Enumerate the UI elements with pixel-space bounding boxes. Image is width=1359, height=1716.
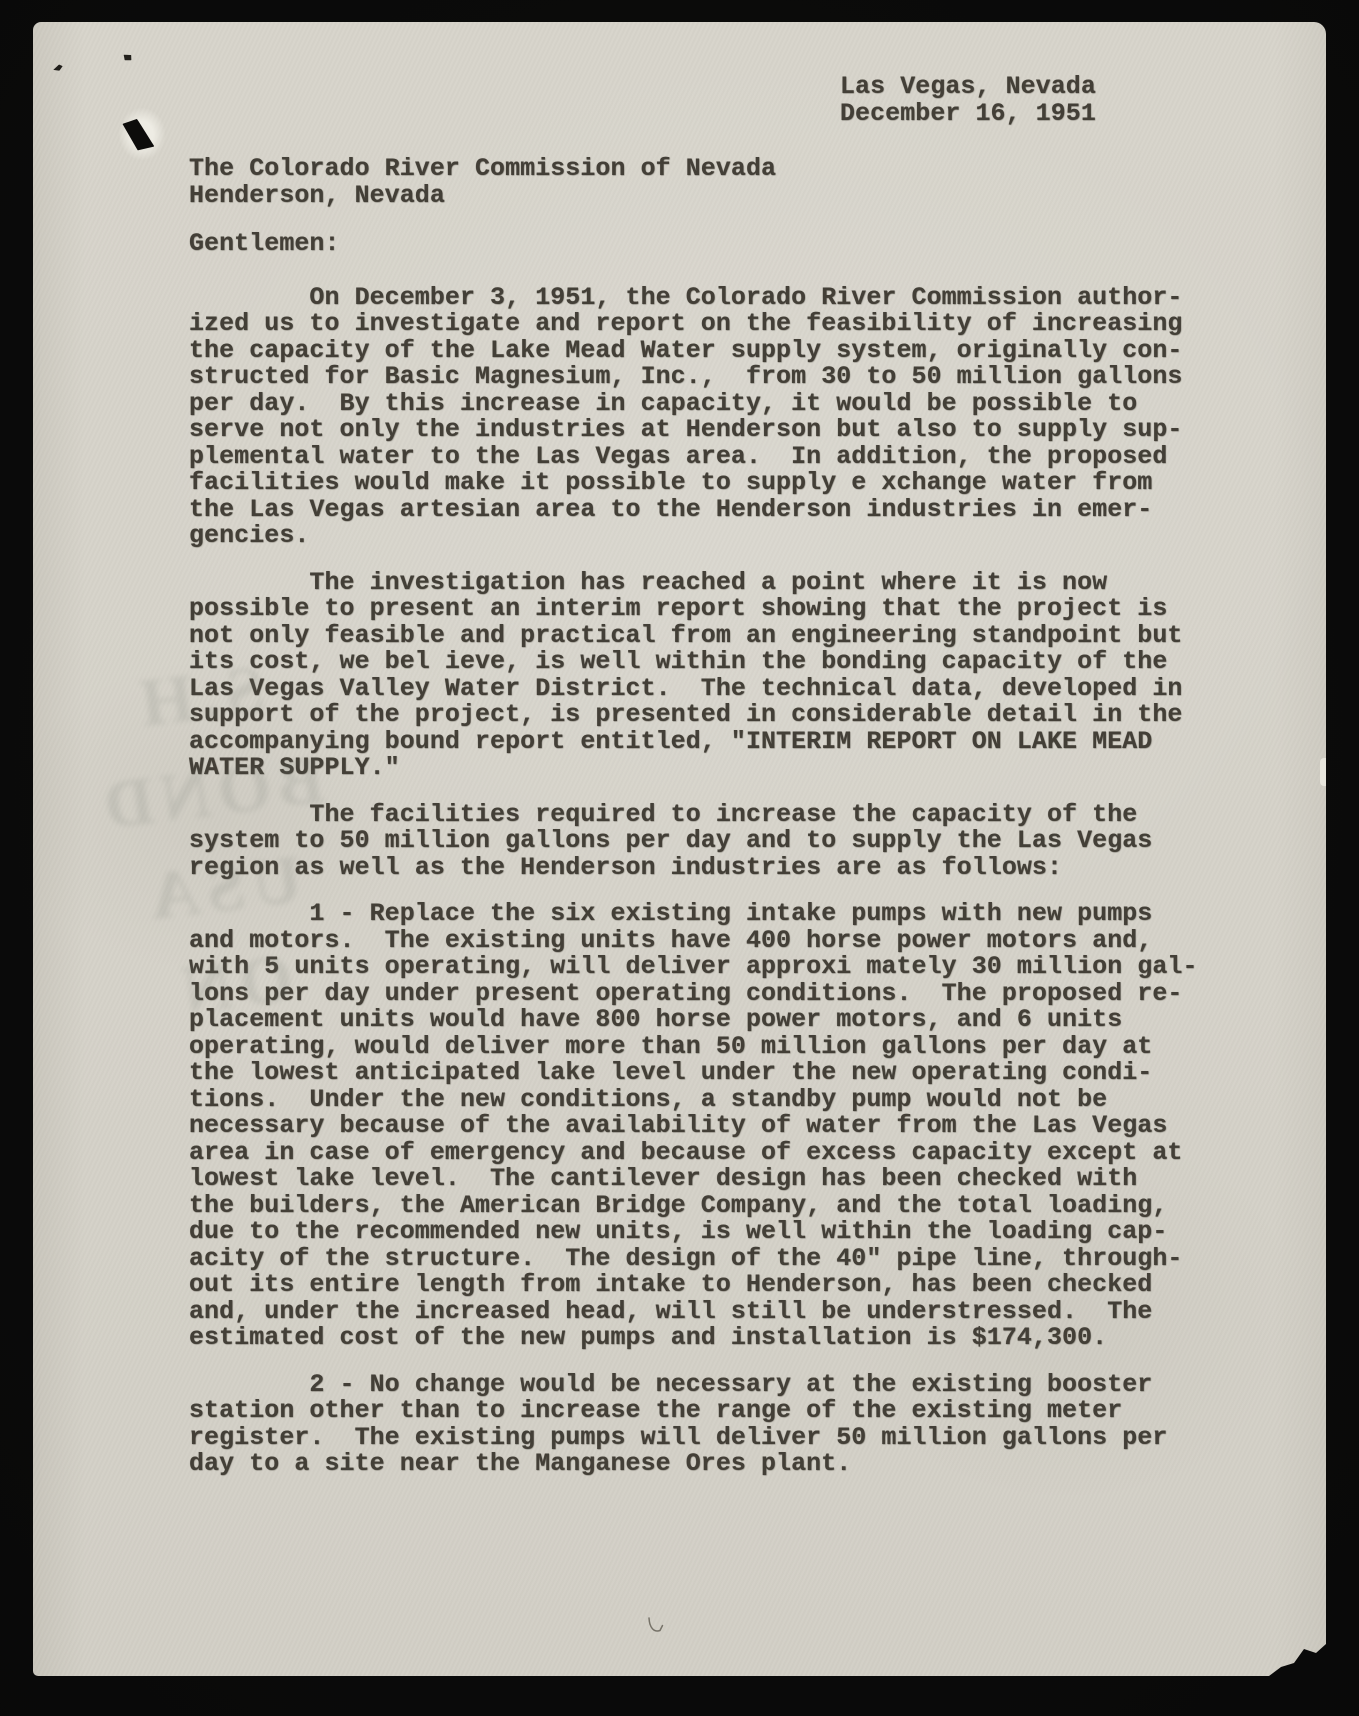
recipient-name: The Colorado River Commission of Nevada [189,156,1326,183]
salutation: Gentlemen: [189,231,1326,258]
dateline: Las Vegas, Nevada December 16, 1951 [840,74,1326,127]
recipient-city: Henderson, Nevada [189,183,1326,210]
ink-speck [122,53,133,62]
dateline-city: Las Vegas, Nevada [840,74,1326,101]
recipient-address: The Colorado River Commission of Nevada … [189,156,1326,209]
pen-mark-icon [645,1616,669,1640]
salutation-text: Gentlemen: [189,231,1326,258]
paragraph-1: On December 3, 1951, the Colorado River … [189,285,1326,550]
paragraph-5-item-2: 2 - No change would be necessary at the … [189,1372,1326,1478]
photo-background: S.H BOND USA ON Las Vegas, Nevada Decemb… [0,0,1359,1716]
paper-edge-nick [1320,758,1327,786]
show-through-watermark: S.H BOND USA ON [29,628,404,1052]
ink-speck [52,64,63,73]
letter-page: S.H BOND USA ON Las Vegas, Nevada Decemb… [33,22,1326,1676]
dateline-date: December 16, 1951 [840,101,1326,128]
